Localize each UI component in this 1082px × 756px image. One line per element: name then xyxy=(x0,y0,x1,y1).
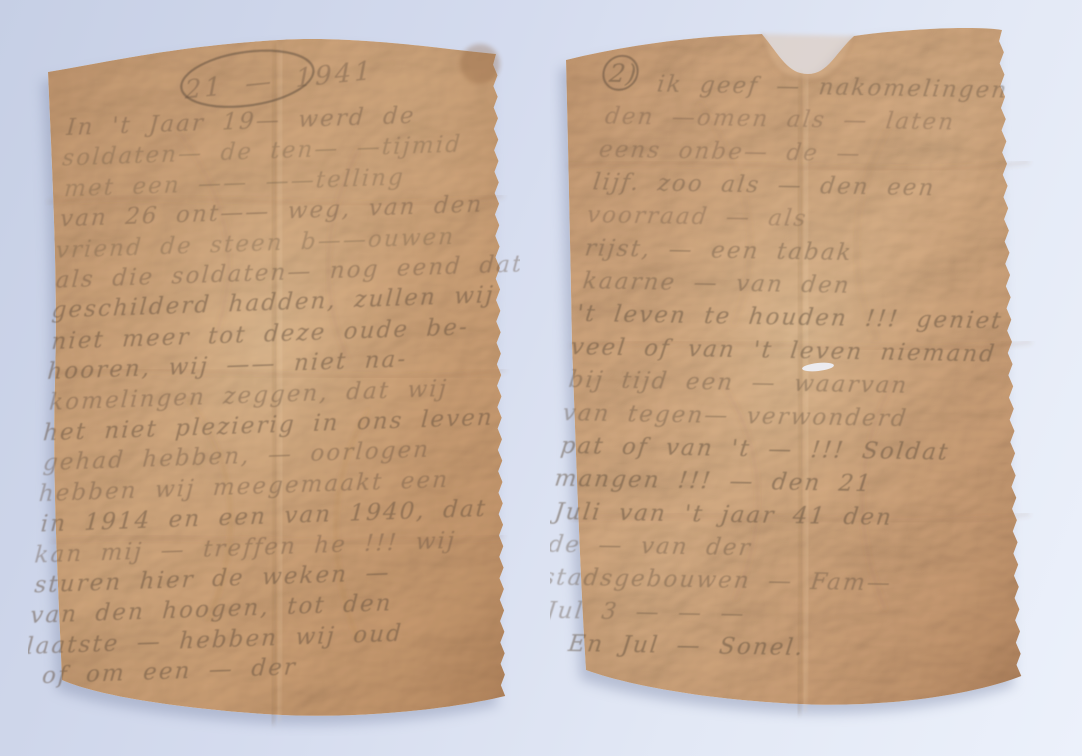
letter-page-2: 2) ik geef — nakomelingen den —omen als … xyxy=(550,14,1054,730)
handwritten-line: kaarne — van den xyxy=(581,268,852,299)
handwritten-line: rijst, — een tabak xyxy=(583,235,854,266)
photo-scene: 21 — 1941 In 't Jaar 19— werd de soldate… xyxy=(0,0,1082,756)
handwritten-line: Jul 3 — — — xyxy=(550,598,747,627)
handwritten-line: mangen !!! — den 21 xyxy=(553,466,874,497)
letter-page-2-canvas: 2) ik geef — nakomelingen den —omen als … xyxy=(550,14,1054,730)
handwritten-line: voorraad — als xyxy=(585,202,809,232)
letter-page-1: 21 — 1941 In 't Jaar 19— werd de soldate… xyxy=(28,20,520,736)
page1-corner-stain xyxy=(460,44,500,84)
handwritten-line: En Jul — Sonel. xyxy=(566,631,806,661)
letter-page-1-canvas: 21 — 1941 In 't Jaar 19— werd de soldate… xyxy=(28,20,520,736)
handwritten-line: eens onbe— de — xyxy=(598,137,864,167)
handwritten-line: de — van der xyxy=(550,532,753,561)
page-number: 2) xyxy=(607,59,639,88)
